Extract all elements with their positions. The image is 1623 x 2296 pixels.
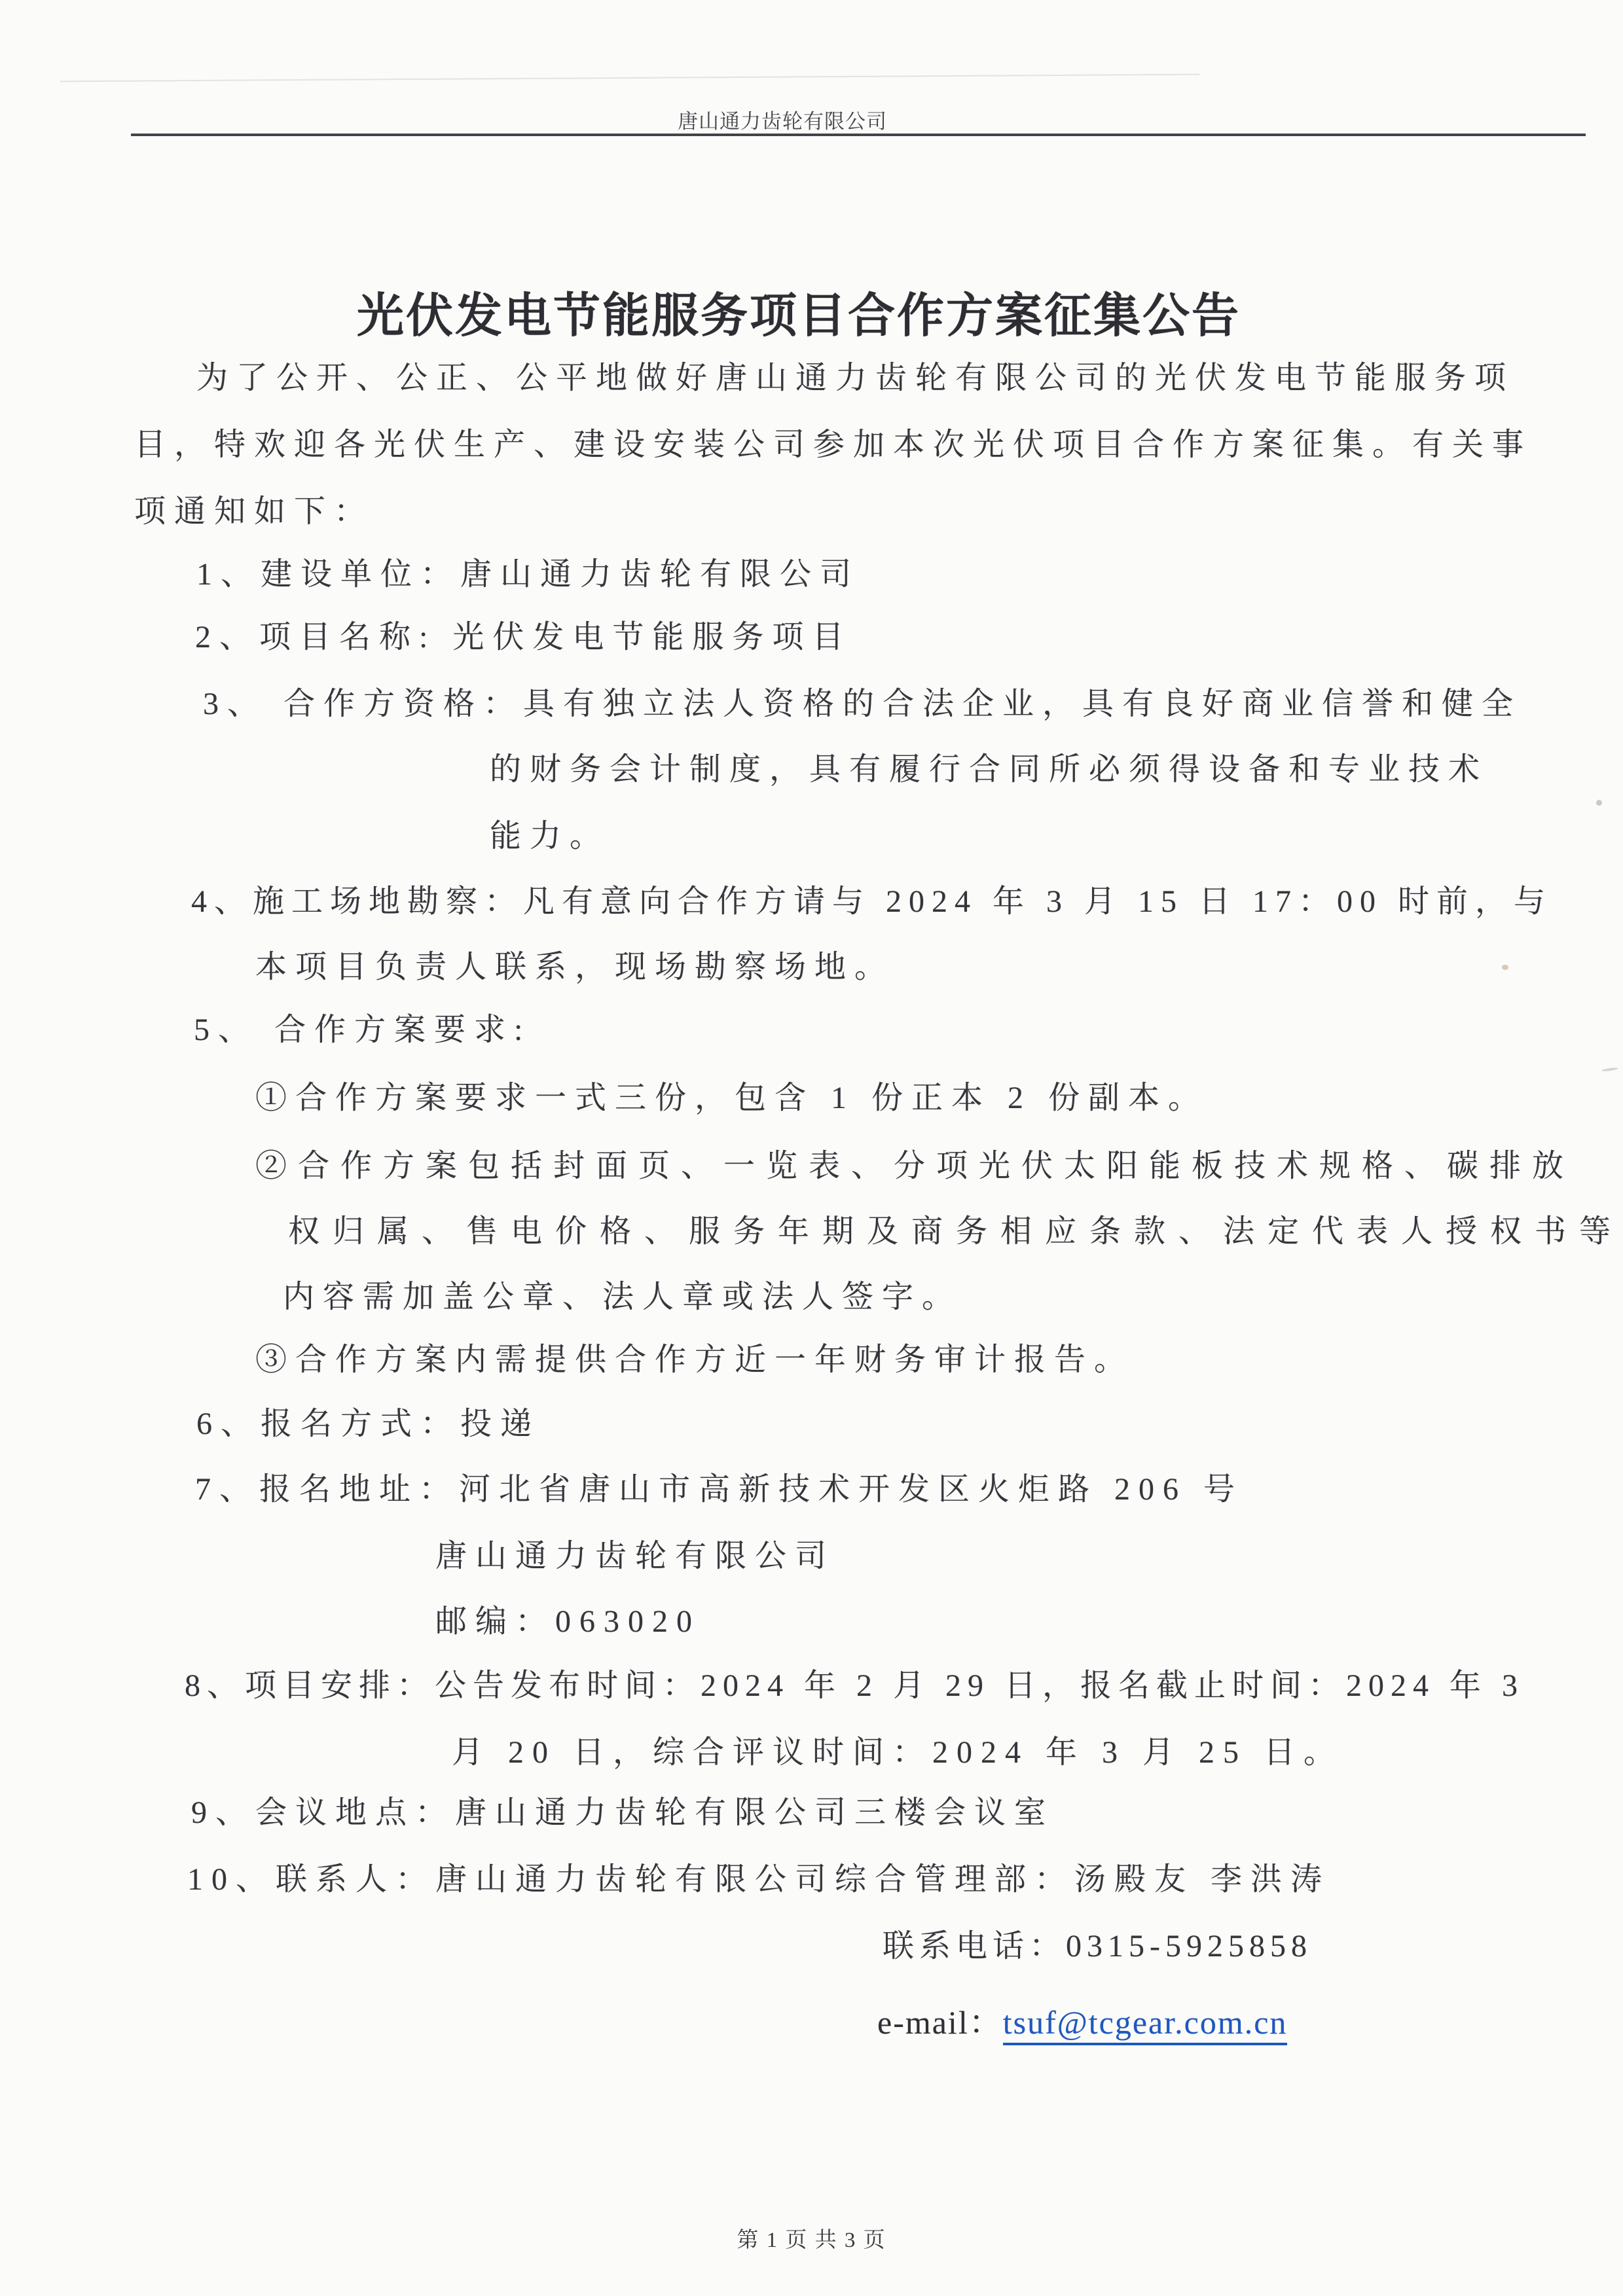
- intro-line-1: 为了公开、公正、公平地做好唐山通力齿轮有限公司的光伏发电节能服务项: [196, 361, 1514, 396]
- header-company-name: 唐山通力齿轮有限公司: [678, 105, 887, 134]
- list-item-4-line-2: 本项目负责人联系，现场勘察场地。: [255, 950, 894, 985]
- sub-item-3: ③合作方案内需提供合作方近一年财务审计报告。: [255, 1343, 1134, 1378]
- list-item-7-line-2: 唐山通力齿轮有限公司: [435, 1539, 835, 1574]
- page-title: 光伏发电节能服务项目合作方案征集公告: [357, 278, 1241, 346]
- intro-line-3: 项通知如下：: [134, 495, 374, 529]
- list-item-8-line-1: 8、项目安排：公告发布时间：2024 年 2 月 29 日，报名截止时间：202…: [185, 1669, 1524, 1704]
- scan-artifact-dot: [1596, 800, 1602, 806]
- list-item-9: 9、会议地点：唐山通力齿轮有限公司三楼会议室: [191, 1796, 1054, 1831]
- scan-artifact-dot: [1502, 965, 1508, 970]
- list-item-4-line-1: 4、施工场地勘察：凡有意向合作方请与 2024 年 3 月 15 日 17：00…: [191, 885, 1552, 920]
- header-rule: [131, 134, 1586, 136]
- list-item-7-line-3: 邮编：063020: [435, 1605, 701, 1640]
- sub-item-2-line-2: 权归属、售电价格、服务年期及商务相应条款、法定代表人授权书等: [288, 1215, 1623, 1249]
- list-item-3-line-3: 能力。: [490, 819, 610, 854]
- list-item-2: 2、项目名称: 光伏发电节能服务项目: [195, 620, 852, 655]
- intro-line-2: 目，特欢迎各光伏生产、建设安装公司参加本次光伏项目合作方案征集。有关事: [134, 428, 1532, 463]
- list-item-6: 6、报名方式：投递: [196, 1407, 540, 1442]
- list-item-5: 5、 合作方案要求:: [194, 1013, 531, 1048]
- sub-item-2-line-1: ②合作方案包括封面页、一览表、分项光伏太阳能板技术规格、碳排放: [255, 1149, 1575, 1184]
- email-link[interactable]: tsuf@tcgear.com.cn: [1003, 2004, 1288, 2045]
- scan-artifact-line: [60, 74, 1199, 82]
- contact-phone: 联系电话：0315-5925858: [883, 1929, 1312, 1964]
- list-item-7-line-1: 7、报名地址：河北省唐山市高新技术开发区火炬路 206 号: [195, 1473, 1243, 1507]
- list-item-10: 10、联系人：唐山通力齿轮有限公司综合管理部：汤殿友 李洪涛: [187, 1863, 1330, 1897]
- list-item-3-line-2: 的财务会计制度，具有履行合同所必须得设备和专业技术: [490, 753, 1488, 787]
- sub-item-2-line-3: 内容需加盖公章、法人章或法人签字。: [283, 1280, 962, 1315]
- list-item-3-line-1: 3、 合作方资格：具有独立法人资格的合法企业，具有良好商业信誉和健全: [203, 687, 1522, 722]
- sub-item-1: ①合作方案要求一式三份，包含 1 份正本 2 份副本。: [255, 1081, 1208, 1116]
- list-item-1: 1、建设单位：唐山通力齿轮有限公司: [196, 558, 860, 592]
- email-label: e-mail：: [877, 2004, 1003, 2041]
- contact-email-line: e-mail：tsuf@tcgear.com.cn: [877, 1996, 1287, 2043]
- scan-artifact-dot: [1601, 1067, 1618, 1072]
- list-item-8-line-2: 月 20 日，综合评议时间：2024 年 3 月 25 日。: [452, 1736, 1343, 1770]
- document-page: 唐山通力齿轮有限公司 光伏发电节能服务项目合作方案征集公告 为了公开、公正、公平…: [0, 0, 1623, 2296]
- page-number-footer: 第 1 页 共 3 页: [0, 2223, 1623, 2253]
